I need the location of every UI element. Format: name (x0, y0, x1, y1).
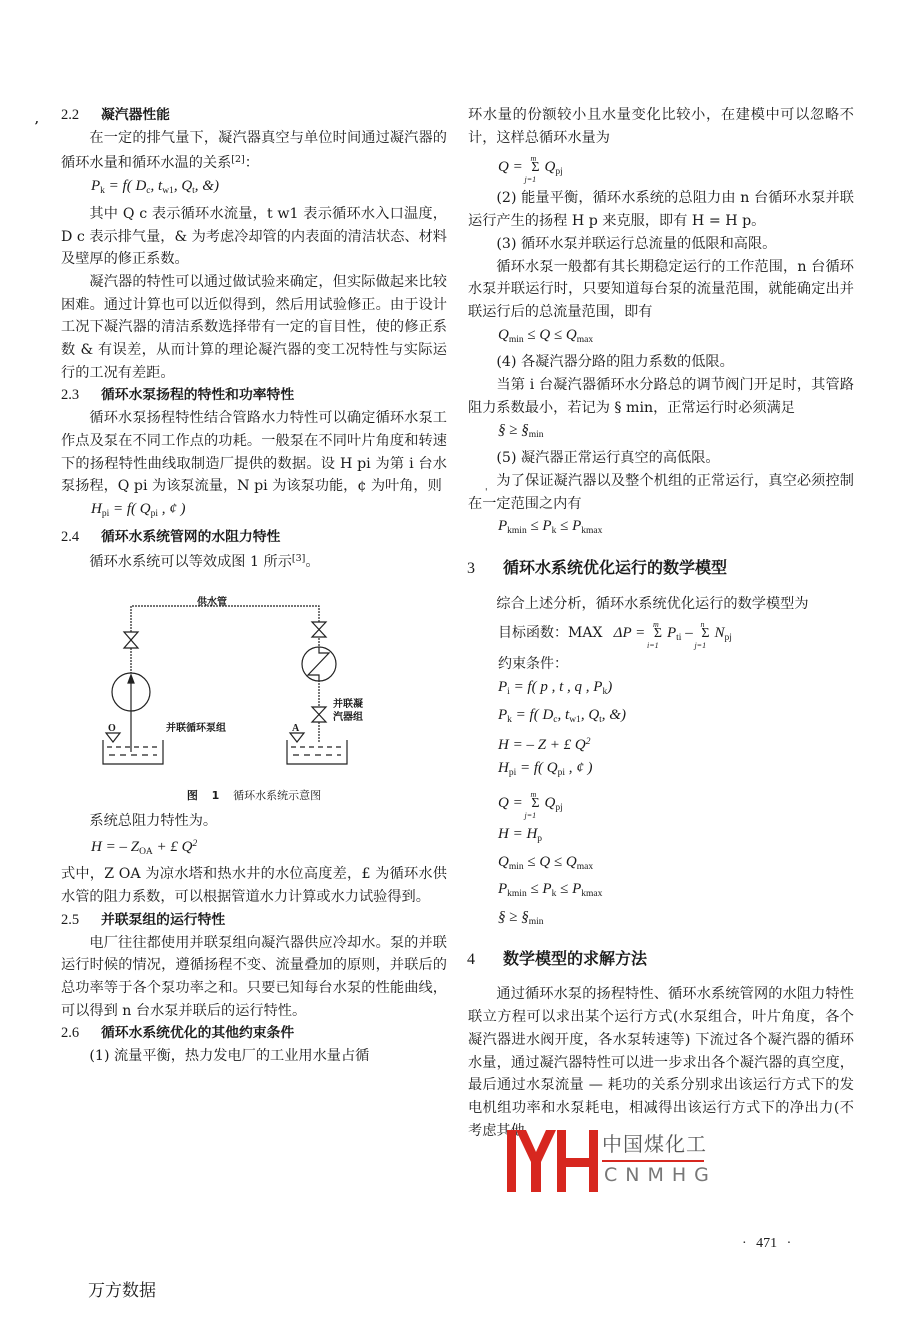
paragraph: (4) 各凝汽器分路的阻力系数的低限。 (468, 351, 854, 374)
watermark-divider (602, 1160, 704, 1162)
equation: Pk = f( Dc, tw1, Qt, &) (61, 175, 447, 203)
constraint: Q = Σmj=1Qpj (468, 785, 854, 823)
constraint: § ≥ §min (468, 906, 854, 934)
section-heading-2-2: 2.2凝汽器性能 (61, 104, 447, 127)
mh-logo-icon (507, 1130, 599, 1192)
paragraph: 循环水泵扬程特性结合管路水力特性可以确定循环水泵工作点及泵在不同工作点的功耗。一… (61, 407, 447, 498)
watermark-en-text: CNMHG (604, 1164, 717, 1186)
section-heading-2-3: 2.3循环水泵扬程的特性和功率特性 (61, 384, 447, 407)
section-heading-4: 4数学模型的求解方法 (467, 948, 854, 972)
section-heading-2-5: 2.5并联泵组的运行特性 (61, 909, 447, 932)
section-heading-2-4: 2.4循环水系统管网的水阻力特性 (61, 526, 447, 549)
paragraph: 循环水系统可以等效成图 1 所示[3]。 (61, 548, 447, 574)
paragraph: 当第 i 台凝汽器循环水分路总的调节阀门开足时，其管路阻力系数最小，若记为 § … (468, 374, 854, 419)
objective-function: 目标函数：MAX ΔP = Σmi=1Pti – Σnj=1Npj (468, 615, 854, 653)
right-column: 环水量的份额较小且水量变化比较小，在建模中可以忽略不计，这样总循环水量为 Q =… (468, 104, 854, 1142)
point-o-label: O (108, 718, 116, 741)
paragraph: 为了保证凝汽器以及整个机组的正常运行，真空必须控制在一定范围之内有 (468, 470, 854, 515)
paragraph: 凝汽器的特性可以通过做试验来确定，但实际做起来比较困难。通过计算也可以近似得到，… (61, 271, 447, 385)
equation-total-flow: Q = Σmj=1Qpj (468, 149, 854, 187)
pump-group-label: 并联循环泵组 (166, 718, 226, 741)
equation: Qmin ≤ Q ≤ Qmax (468, 324, 854, 352)
equation: H = – ZOA + £ Q2 (61, 833, 447, 864)
figure-1-circulating-water-diagram: 供水管 并联循环泵组 并联凝 汽器组 O A 图 1 循环水系统示意图 (61, 592, 447, 802)
stray-mark: , (35, 113, 39, 126)
paragraph: 循环水泵一般都有其长期稳定运行的工作范围，n 台循环水泵并联运行时，只要知道每台… (468, 256, 854, 324)
constraint: Pkmin ≤ Pk ≤ Pkmax (468, 878, 854, 906)
page-number: · 471 · (742, 1236, 791, 1252)
section-heading-3: 3循环水系统优化运行的数学模型 (467, 557, 854, 581)
paragraph: (3) 循环水泵并联运行总流量的低限和高限。 (468, 233, 854, 256)
point-a-label: A (292, 718, 299, 741)
paragraph: (5) 凝汽器正常运行真空的高低限。 (468, 447, 854, 470)
paragraph: (1) 流量平衡，热力发电厂的工业用水量占循 (61, 1045, 447, 1068)
section-heading-2-6: 2.6循环水系统优化的其他约束条件 (61, 1022, 447, 1045)
paragraph: 综合上述分析，循环水系统优化运行的数学模型为 (468, 593, 854, 616)
footer-source: 万方数据 (88, 1276, 156, 1301)
system-schematic-diagram (61, 592, 447, 782)
paragraph: 系统总阻力特性为。 (61, 810, 447, 833)
watermark-cn-text: 中国煤化工 (602, 1128, 707, 1157)
paragraph: 在一定的排气量下，凝汽器真空与单位时间通过凝汽器的循环水量和循环水温的关系[2]… (61, 127, 447, 175)
paragraph: 环水量的份额较小且水量变化比较小，在建模中可以忽略不计，这样总循环水量为 (468, 104, 854, 149)
constraint: Hpi = f( Qpi , ¢ ) (468, 757, 854, 785)
constraints-label: 约束条件： (468, 653, 854, 676)
condenser-group-label-2: 汽器组 (333, 707, 363, 730)
constraint: Qmin ≤ Q ≤ Qmax (468, 851, 854, 879)
constraint: H = – Z + £ Q2 (468, 731, 854, 757)
paragraph: 式中，Z OA 为凉水塔和热水井的水位高度差，£ 为循环水供水管的阻力系数，可以… (61, 863, 447, 908)
constraint: Pi = f( p , t , q , Pk) (468, 676, 854, 704)
equation: Hpi = f( Qpi , ¢ ) (61, 498, 447, 526)
supply-pipe-label: 供水管 (197, 592, 227, 615)
paragraph: 通过循环水泵的扬程特性、循环水系统管网的水阻力特性联立方程可以求出某个运行方式(… (468, 983, 854, 1142)
equation: Pkmin ≤ Pk ≤ Pkmax (468, 515, 854, 543)
paragraph: 其中 Q c 表示循环水流量，t w1 表示循环水入口温度，D c 表示排气量，… (61, 203, 447, 271)
left-column: 2.2凝汽器性能 在一定的排气量下，凝汽器真空与单位时间通过凝汽器的循环水量和循… (61, 104, 447, 1068)
figure-caption: 图 1 循环水系统示意图 (61, 785, 447, 808)
equation: § ≥ §min (468, 419, 854, 447)
watermark-logo: 中国煤化工 CNMHG (507, 1130, 842, 1192)
constraint: Pk = f( Dc, tw1, Qt, &) (468, 704, 854, 732)
paragraph: 电厂往往都使用并联泵组向凝汽器供应冷却水。泵的并联运行时候的情况，遵循扬程不变、… (61, 932, 447, 1023)
